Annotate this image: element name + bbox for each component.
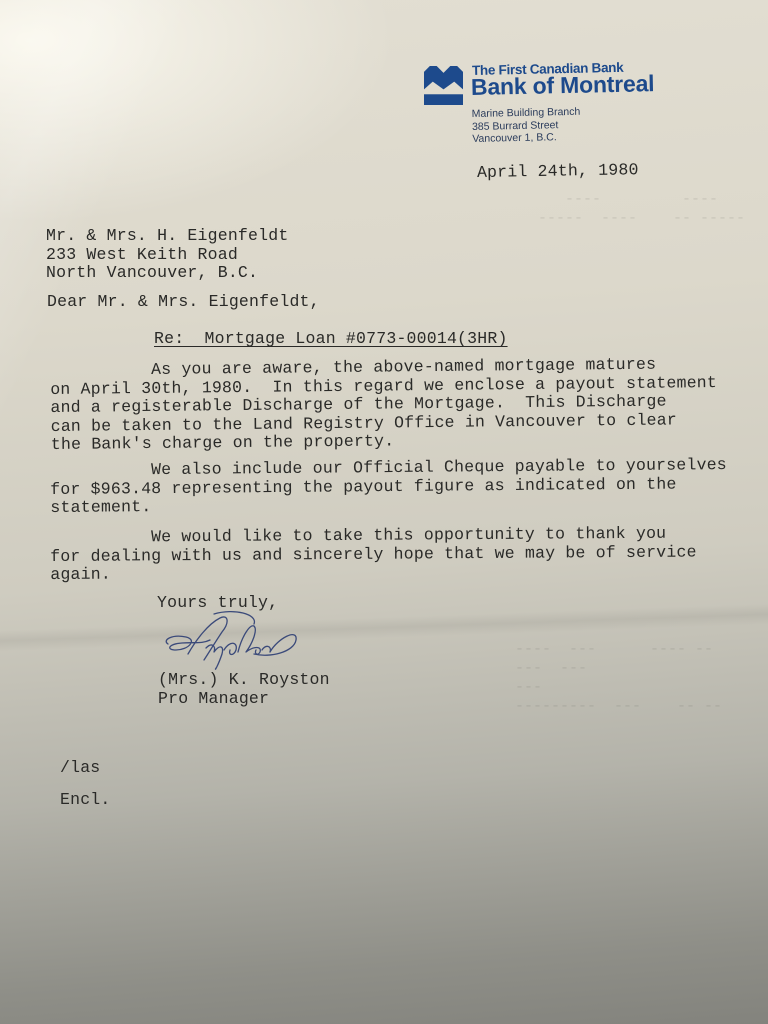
body-paragraph-3: We would like to take this opportunity t… xyxy=(50,524,697,584)
subject-text: Re: Mortgage Loan #0773-00014(3HR) xyxy=(154,329,508,348)
bank-of-montreal-logo-icon xyxy=(424,66,463,105)
branch-address: Marine Building Branch 385 Burrard Stree… xyxy=(472,106,581,146)
salutation: Dear Mr. & Mrs. Eigenfeldt, xyxy=(47,293,320,312)
bleed-through-texture: ---- --- ---- -- --- --- --- --------- -… xyxy=(515,640,722,716)
recipient-street: 233 West Keith Road xyxy=(46,246,288,265)
branch-name: Marine Building Branch xyxy=(472,106,581,121)
recipient-address: Mr. & Mrs. H. Eigenfeldt233 West Keith R… xyxy=(46,227,288,283)
signer-title: Pro Manager xyxy=(158,690,330,709)
subject-line: Re: Mortgage Loan #0773-00014(3HR) xyxy=(154,330,508,349)
typist-initials: /las xyxy=(60,759,100,778)
letter-date: April 24th, 1980 xyxy=(477,161,639,182)
bleed-through-texture: ---- ---- ----- ---- -- ----- xyxy=(520,190,745,228)
bank-name: Bank of Montreal xyxy=(471,70,655,101)
branch-city: Vancouver 1, B.C. xyxy=(472,131,581,146)
recipient-name: Mr. & Mrs. H. Eigenfeldt xyxy=(46,227,288,246)
signer-block: (Mrs.) K. RoystonPro Manager xyxy=(158,671,330,708)
body-paragraph-2: We also include our Official Cheque paya… xyxy=(50,456,727,517)
signer-name: (Mrs.) K. Royston xyxy=(158,671,330,690)
enclosure-note: Encl. xyxy=(60,791,111,810)
body-paragraph-1: As you are aware, the above-named mortga… xyxy=(50,355,718,454)
letter-page: ---- ---- ----- ---- -- ----- ---- --- -… xyxy=(0,0,768,1024)
recipient-city: North Vancouver, B.C. xyxy=(46,264,288,283)
